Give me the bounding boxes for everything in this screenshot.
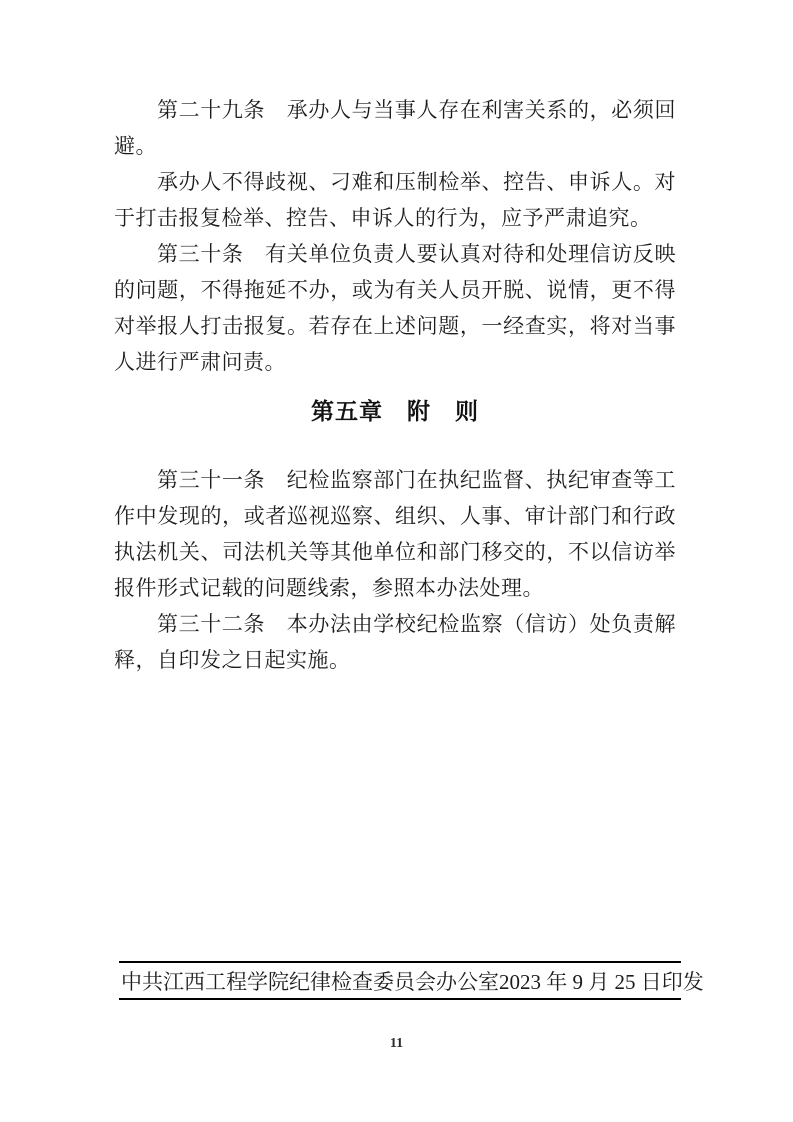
paragraph-article-30: 第三十条 有关单位负责人要认真对待和处理信访反映的问题，不得拖延不办，或为有关人… xyxy=(114,236,676,380)
colophon-box: 中共江西工程学院纪律检查委员会办公室 2023 年 9 月 25 日印发 xyxy=(119,961,681,1000)
print-date: 2023 年 9 月 25 日印发 xyxy=(499,966,704,996)
paragraph-article-31: 第三十一条 纪检监察部门在执纪监督、执纪审查等工作中发现的，或者巡视巡察、组织、… xyxy=(114,462,676,606)
chapter-heading: 第五章 附 则 xyxy=(114,396,676,426)
paragraph-article-29-continuation: 承办人不得歧视、刁难和压制检举、控告、申诉人。对于打击报复检举、控告、申诉人的行… xyxy=(114,164,676,236)
paragraph-article-32: 第三十二条 本办法由学校纪检监察（信访）处负责解释，自印发之日起实施。 xyxy=(114,606,676,678)
document-page: 第二十九条 承办人与当事人存在利害关系的，必须回避。 承办人不得歧视、刁难和压制… xyxy=(0,0,793,1122)
page-number: 11 xyxy=(0,1036,793,1052)
document-body: 第二十九条 承办人与当事人存在利害关系的，必须回避。 承办人不得歧视、刁难和压制… xyxy=(114,92,676,678)
issuer-name: 中共江西工程学院纪律检查委员会办公室 xyxy=(121,966,499,996)
paragraph-article-29: 第二十九条 承办人与当事人存在利害关系的，必须回避。 xyxy=(114,92,676,164)
